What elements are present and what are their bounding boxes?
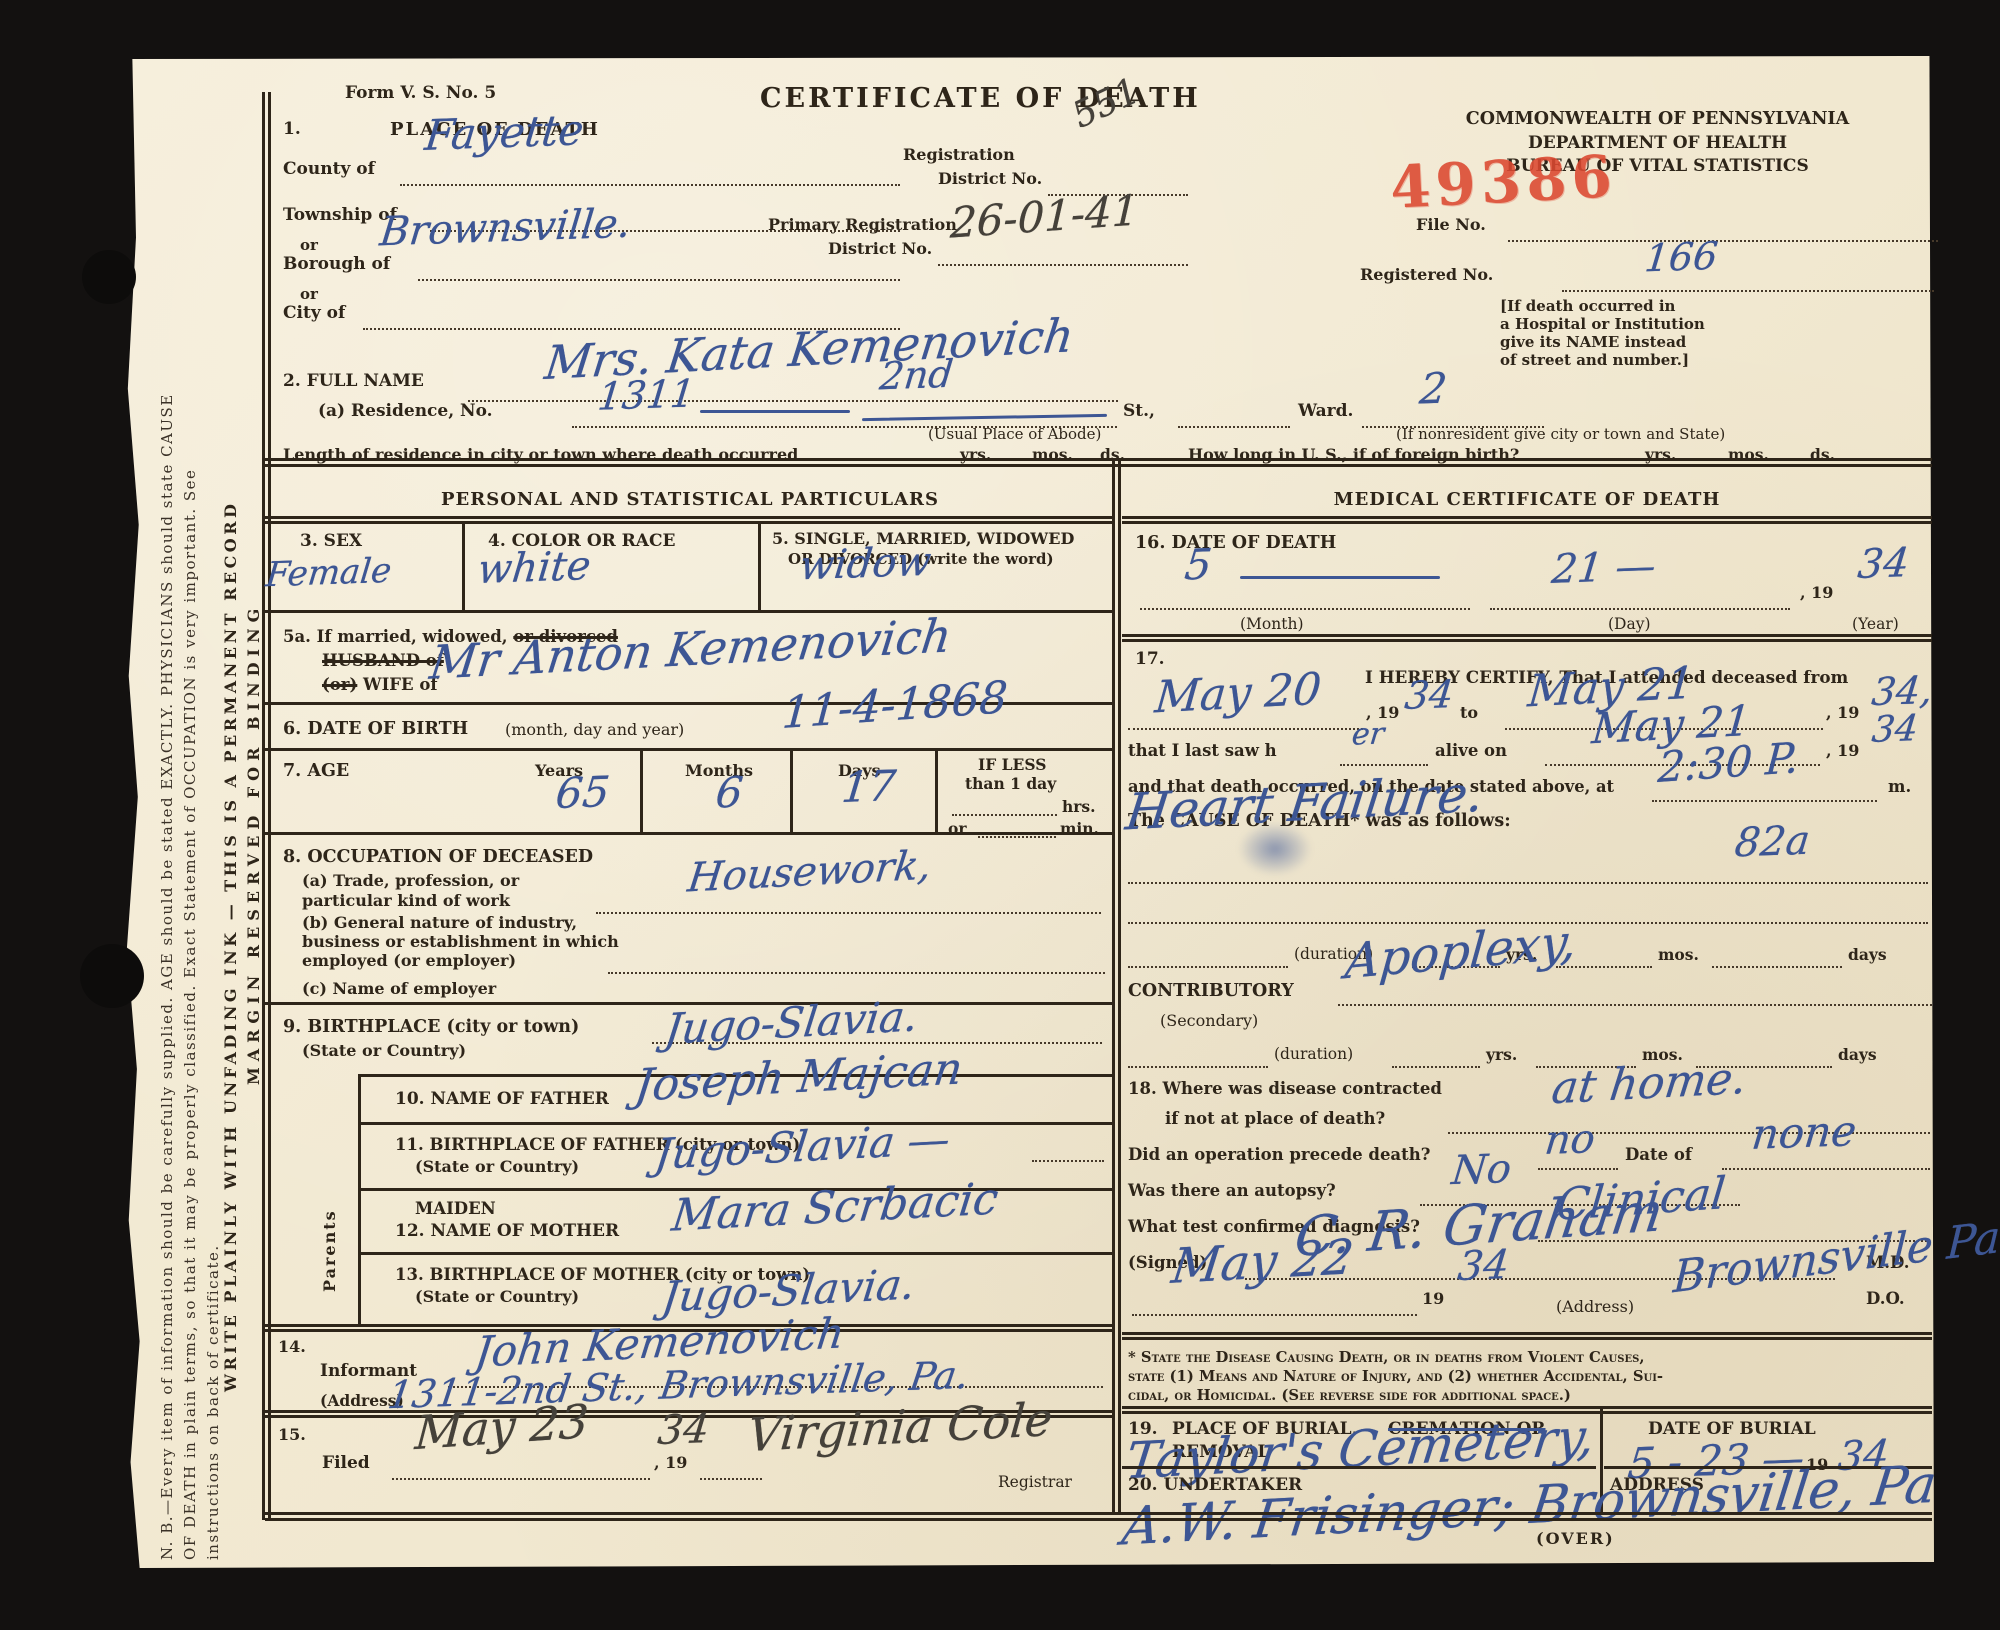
margin-write-plainly: WRITE PLAINLY WITH UNFADING INK — THIS I…	[221, 501, 240, 1392]
last-saw-pre-label: that I last saw h	[1128, 742, 1277, 760]
rule-below-age	[265, 832, 1112, 835]
registration-district-label: District No.	[938, 170, 1042, 188]
or-paren: (or)	[322, 675, 357, 694]
autopsy-question: Was there an autopsy?	[1128, 1182, 1336, 1200]
birthplace-label: 9. BIRTHPLACE (city or town)	[283, 1018, 579, 1037]
hospital-note-3: give its NAME instead	[1500, 334, 1686, 351]
filed-section-number: 15.	[278, 1426, 306, 1444]
bottom-rule-1	[265, 1512, 1932, 1515]
contributory-blank	[1338, 1002, 1932, 1006]
contracted-label-2: if not at place of death?	[1165, 1110, 1385, 1128]
filed-date-value: May 23	[414, 1398, 590, 1456]
last-saw-year-value: 34	[1870, 711, 1920, 749]
how-long-label: How long in U. S., if of foreign birth?	[1188, 446, 1519, 464]
alive-on-label: alive on	[1435, 742, 1507, 760]
personal-rule-2	[265, 521, 1112, 524]
dod-month-blank	[1140, 606, 1470, 610]
rule-below-cemetery	[1122, 1466, 1596, 1469]
occupation-c: (c) Name of employer	[302, 980, 496, 998]
father-birthplace-blank	[1032, 1158, 1104, 1162]
sex-value: Female	[264, 554, 393, 593]
marital-value: widow	[798, 542, 933, 587]
scanned-death-certificate: N. B.—Every item of information should b…	[0, 0, 2000, 1630]
duration2-blank-2	[1392, 1064, 1480, 1068]
margin-reserved-binding: MARGIN RESERVED FOR BINDING	[244, 603, 263, 1085]
st-label: St.,	[1123, 402, 1155, 421]
rule-below-mother	[358, 1252, 1112, 1255]
last-saw-19-label: , 19	[1826, 742, 1859, 760]
full-name-blank	[468, 398, 1118, 402]
her-value: er	[1350, 719, 1385, 750]
city-label: City of	[283, 304, 345, 323]
occupation-b1: (b) General nature of industry,	[302, 914, 577, 932]
county-label: County of	[283, 160, 375, 179]
sign-19-label: 19	[1422, 1290, 1444, 1308]
age-days-value: 17	[840, 765, 898, 809]
borough-label: Borough of	[283, 255, 390, 274]
occupation-b3: employed (or employer)	[302, 952, 516, 970]
operation-question: Did an operation precede death?	[1128, 1146, 1430, 1164]
parents-box-left	[358, 1074, 361, 1324]
medical-rule-1	[1122, 516, 1932, 519]
footnote-line-3: cidal, or Homicidal. (See reverse side f…	[1128, 1388, 1571, 1404]
rule-above-burial-1	[1122, 1406, 1932, 1409]
bottom-rule-2	[265, 1518, 1932, 1521]
contracted-value: at home.	[1549, 1057, 1749, 1112]
county-blank	[400, 182, 900, 186]
section-17-number: 17.	[1135, 650, 1165, 669]
medical-rule-2	[1122, 521, 1932, 524]
filed-label: Filed	[322, 1454, 370, 1473]
file-no-label: File No.	[1416, 216, 1486, 234]
time-blank	[1652, 798, 1877, 802]
mother-birthplace-state-note: (State or Country)	[415, 1288, 579, 1306]
sex-label: 3. SEX	[300, 532, 362, 551]
ward-value: 2	[1418, 367, 1449, 410]
duration2-yrs: yrs.	[1486, 1046, 1517, 1063]
margin-nb-line3: instructions on back of certificate.	[204, 1244, 222, 1560]
cause-blank-1	[1128, 880, 1928, 884]
section-1-number: 1.	[283, 120, 301, 139]
filed-19-label: , 19	[654, 1454, 687, 1472]
dob-label: 6. DATE OF BIRTH	[283, 720, 468, 739]
residence-dash-ink	[700, 410, 850, 413]
rule-below-dod-1	[1122, 634, 1932, 637]
ink-blot	[1238, 822, 1312, 876]
operation-date-blank	[1722, 1166, 1930, 1170]
margin-nb-line2: OF DEATH in plain terms, so that it may …	[181, 469, 199, 1560]
personal-title: PERSONAL AND STATISTICAL PARTICULARS	[270, 490, 1110, 510]
rule-below-dob	[265, 748, 1112, 751]
filed-year-value: 34	[656, 1409, 711, 1451]
occupation-a1: (a) Trade, profession, or	[302, 872, 519, 890]
husband-label: HUSBAND of	[322, 652, 444, 670]
cell-border-color	[758, 521, 761, 610]
st-blank	[1178, 424, 1290, 428]
occupation-blank-a	[596, 910, 1101, 914]
attended-from-blank	[1128, 726, 1363, 730]
to-year-value: 34,	[1870, 671, 1934, 711]
punch-hole-bottom	[80, 944, 144, 1008]
occupation-label: 8. OCCUPATION OF DECEASED	[283, 848, 593, 867]
year-note: (Year)	[1852, 616, 1899, 633]
color-value: white	[476, 546, 593, 590]
autopsy-value: No	[1450, 1149, 1513, 1191]
hrs-blank	[952, 812, 1057, 816]
hospital-note-4: of street and number.]	[1500, 352, 1689, 369]
commonwealth-line: COMMONWEALTH OF PENNSYLVANIA	[1375, 110, 1940, 129]
contributory-label: CONTRIBUTORY	[1128, 982, 1294, 1001]
filed-year-blank	[700, 1476, 762, 1480]
column-divider-1	[1112, 458, 1115, 1514]
informant-section-number: 14.	[278, 1338, 306, 1356]
duration2-days: days	[1838, 1046, 1877, 1063]
day-note: (Day)	[1608, 616, 1651, 633]
margin-rule-outer	[262, 92, 265, 1520]
sign-year-value: 34	[1456, 1245, 1511, 1287]
age-border-1	[640, 748, 643, 832]
borough-blank	[418, 277, 900, 281]
contracted-blank	[1448, 1130, 1930, 1134]
primary-district-value: 26-01-41	[949, 189, 1139, 244]
mother-name-label: 12. NAME OF MOTHER	[395, 1222, 619, 1241]
duration1-blank-1	[1128, 964, 1288, 968]
wife-text: WIFE of	[357, 675, 437, 694]
abode-note: (Usual Place of Abode)	[928, 426, 1101, 443]
duration2-label: (duration)	[1274, 1046, 1353, 1063]
hospital-note-1: [If death occurred in	[1500, 298, 1675, 315]
birthplace-state-note: (State or Country)	[302, 1042, 466, 1060]
duration1-blank-4	[1712, 964, 1842, 968]
do-label: D.O.	[1866, 1290, 1905, 1308]
township-label: Township of	[283, 206, 397, 225]
age-months-value: 6	[714, 771, 745, 814]
cause-code-value: 82a	[1733, 821, 1812, 864]
borough-value: Brownsville.	[378, 204, 633, 253]
sign-date-blank	[1132, 1312, 1417, 1316]
sign-date-value: May 22	[1169, 1233, 1356, 1291]
operation-value: no	[1543, 1119, 1597, 1161]
attended-from-value: May 20	[1153, 668, 1323, 721]
if-less-label-1: IF LESS	[978, 756, 1046, 773]
father-birthplace-state-note: (State or Country)	[415, 1158, 579, 1176]
wife-label: (or) WIFE of	[322, 676, 437, 694]
filed-date-blank	[392, 1476, 650, 1480]
primary-district-label: District No.	[828, 240, 932, 258]
rule-above-footnote-2	[1122, 1337, 1932, 1340]
from-year-value: 34	[1403, 675, 1455, 715]
file-no-blank	[1508, 238, 1938, 242]
duration2-blank-1	[1128, 1064, 1268, 1068]
m-label: m.	[1888, 778, 1911, 796]
full-name-label: 2. FULL NAME	[283, 372, 424, 391]
if-less-label-2: than 1 day	[965, 775, 1056, 792]
to-19-label: , 19	[1826, 704, 1859, 722]
dod-month-dash-ink	[1240, 576, 1440, 579]
footnote-line-2: state (1) Means and Nature of Injury, an…	[1128, 1369, 1663, 1385]
registrar-label: Registrar	[998, 1474, 1072, 1491]
dob-note: (month, day and year)	[505, 721, 684, 739]
footnote-line-1: * State the Disease Causing Death, or in…	[1128, 1350, 1645, 1366]
age-border-2	[790, 748, 793, 832]
age-years-value: 65	[554, 771, 612, 815]
dod-month-value: 5	[1183, 543, 1214, 586]
punch-hole-top	[82, 250, 136, 304]
medical-title: MEDICAL CERTIFICATE OF DEATH	[1122, 490, 1932, 510]
father-name-label: 10. NAME OF FATHER	[395, 1090, 609, 1109]
registration-label: Registration	[903, 146, 1015, 164]
dod-day-value: 21 —	[1550, 546, 1658, 590]
occupation-blank-b	[608, 970, 1105, 974]
sign-address-label: (Address)	[1556, 1298, 1634, 1316]
occupation-b2: business or establishment in which	[302, 933, 619, 951]
hospital-note-2: a Hospital or Institution	[1500, 316, 1705, 333]
duration1-mos: mos.	[1658, 946, 1699, 963]
contracted-label-1: 18. Where was disease contracted	[1128, 1080, 1442, 1098]
dod-19-label: , 19	[1800, 584, 1833, 602]
duration1-days: days	[1848, 946, 1887, 963]
over-label: (OVER)	[1536, 1530, 1615, 1548]
dod-day-blank	[1490, 606, 1790, 610]
operation-blank	[1538, 1166, 1618, 1170]
residence-label: (a) Residence, No.	[318, 402, 493, 421]
hrs-label: hrs.	[1062, 798, 1096, 815]
margin-rule-inner	[268, 92, 271, 1520]
primary-district-blank	[938, 262, 1188, 266]
ward-label: Ward.	[1298, 402, 1353, 421]
date-of-death-label: 16. DATE OF DEATH	[1135, 534, 1336, 553]
file-number-stamp: 49386	[1388, 142, 1618, 222]
her-blank	[1340, 762, 1428, 766]
time-value: 2:30 P.	[1657, 737, 1800, 789]
or-label-1: or	[300, 237, 318, 254]
divider-heavy-2	[265, 464, 1932, 467]
dod-year-value: 34	[1856, 543, 1911, 585]
age-label: 7. AGE	[283, 762, 349, 781]
rule-above-footnote-1	[1122, 1332, 1932, 1335]
maiden-label: MAIDEN	[415, 1200, 496, 1218]
registered-no-label: Registered No.	[1360, 266, 1493, 284]
column-divider-2	[1118, 458, 1121, 1514]
registered-no-blank	[1562, 288, 1934, 292]
parents-label: Parents	[320, 1209, 339, 1292]
rule-below-dod-2	[1122, 639, 1932, 642]
margin-nb-line1: N. B.—Every item of information should b…	[158, 393, 176, 1560]
residence-no-value: 1311	[596, 374, 697, 416]
county-value: Fayette	[423, 109, 586, 157]
date-of-label: Date of	[1625, 1146, 1692, 1164]
rule-below-345	[265, 610, 1112, 613]
age-border-3	[935, 748, 938, 832]
form-number: Form V. S. No. 5	[345, 84, 496, 103]
month-note: (Month)	[1240, 616, 1304, 633]
or-label-2: or	[300, 286, 318, 303]
personal-rule-1	[265, 516, 1112, 519]
secondary-label: (Secondary)	[1160, 1012, 1258, 1030]
length-residence-label: Length of residence in city or town wher…	[283, 446, 798, 464]
occupation-a2: particular kind of work	[302, 892, 510, 910]
street-value: 2nd	[878, 355, 955, 396]
nonresident-note: (If nonresident give city or town and St…	[1396, 426, 1725, 443]
registered-no-value: 166	[1643, 237, 1719, 278]
operation-date-value: none	[1750, 1110, 1859, 1156]
cell-border-sex	[462, 521, 465, 610]
to-label: to	[1460, 704, 1478, 722]
divider-heavy-1	[265, 458, 1932, 461]
